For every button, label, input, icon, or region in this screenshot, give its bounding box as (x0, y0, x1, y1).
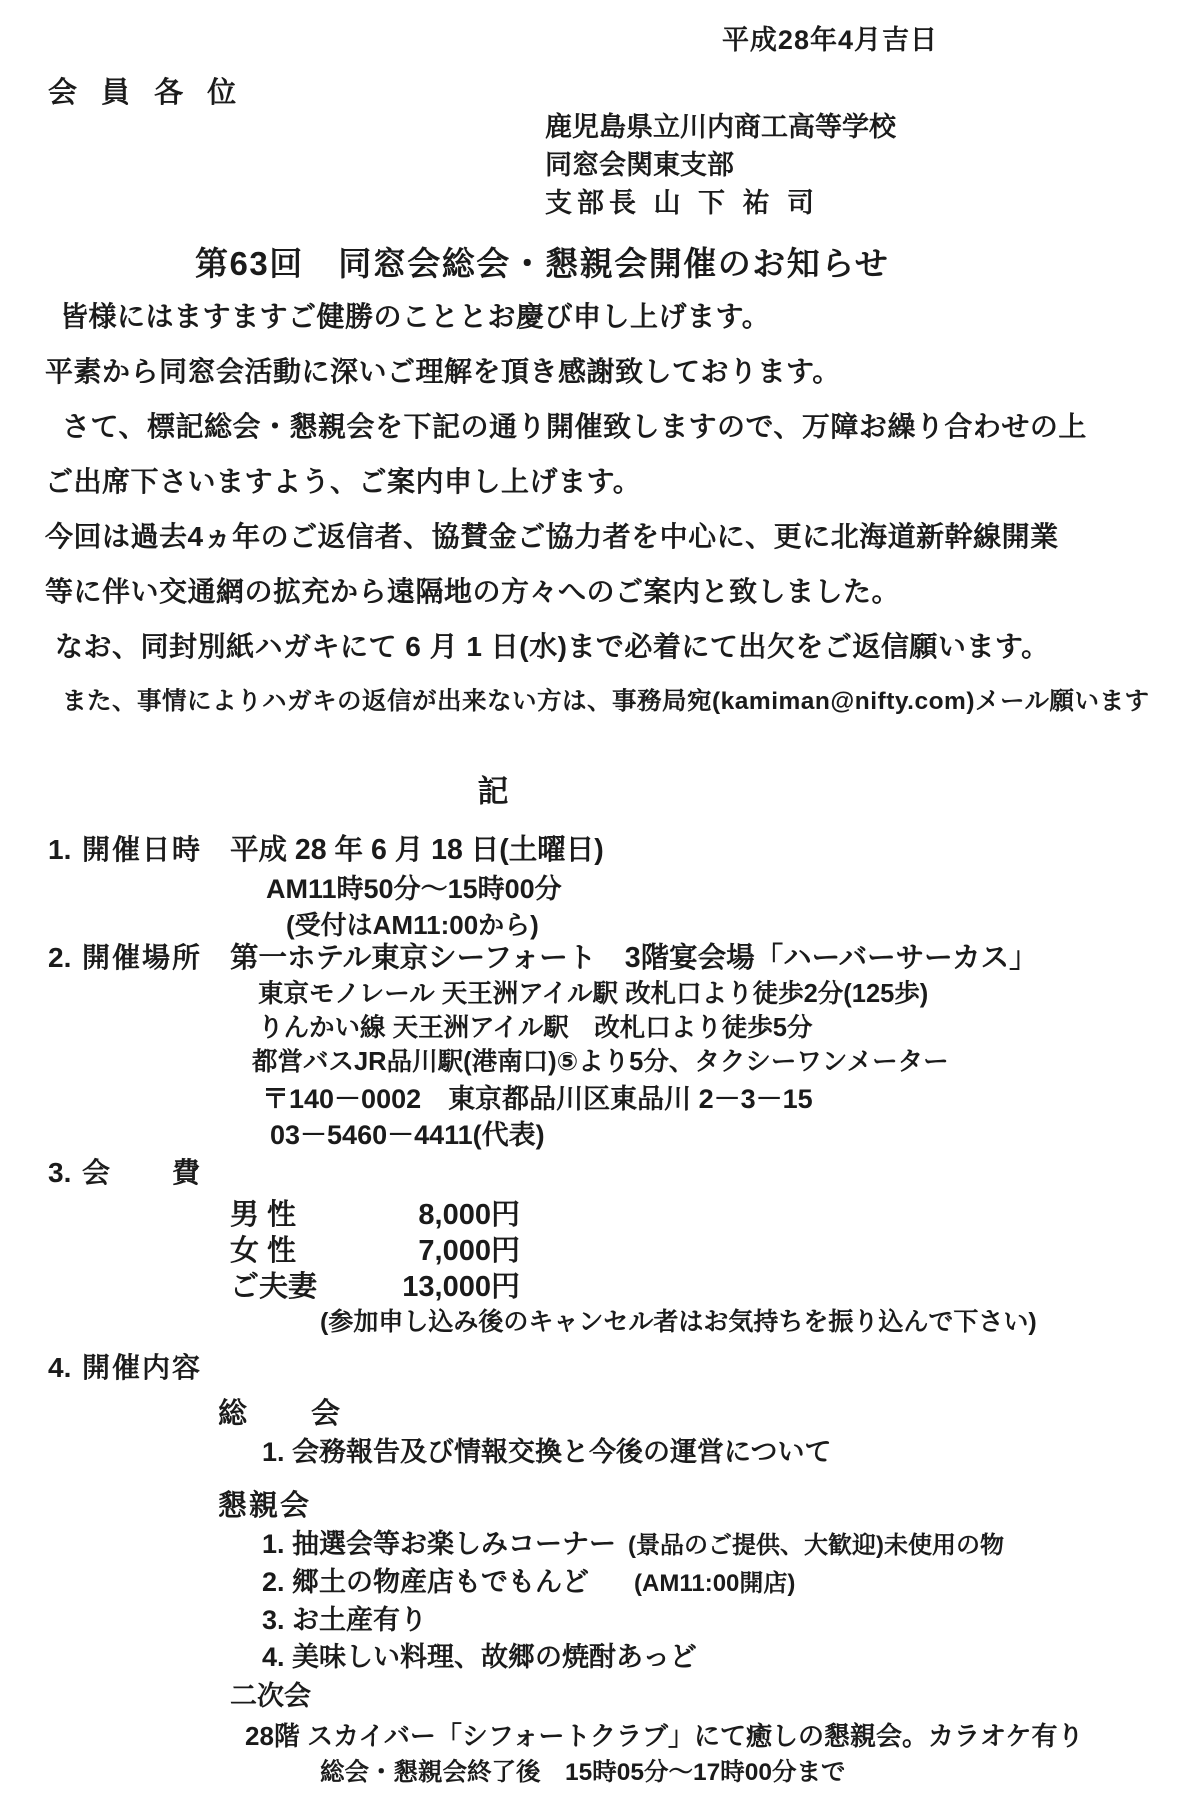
sender-school: 鹿児島県立川内商工高等学校 (545, 108, 896, 146)
schedule-number: 1. (48, 833, 82, 866)
general-meeting-title: 総 会 (218, 1398, 1004, 1431)
sender-branch: 同窓会関東支部 (545, 146, 896, 184)
schedule-label: 開催日時 (82, 833, 230, 866)
greeting-line-5: 今回は過去4ヵ年のご返信者、協賛金ご協力者を中心に、更に北海道新幹線開業 (45, 520, 1195, 553)
greeting-body: 皆様にはますますご健勝のこととお慶び申し上げます。 平素から同窓会活動に深いご理… (45, 300, 1195, 740)
fee-row-label: 女 性 (230, 1235, 342, 1268)
sender-chief: 支部長 山 下 祐 司 (545, 184, 896, 222)
party-item-food: 4. 美味しい料理、故郷の焼酎あっど (262, 1642, 1004, 1673)
party-item-text: 2. 郷土の物産店もでもんど (262, 1567, 589, 1597)
party-item-note: (AM11:00開店) (634, 1570, 795, 1597)
venue-name: 第一ホテル東京シーフォート 3階宴会場「ハーバーサーカス」 (230, 942, 1038, 974)
party-item-souvenir: 3. お土産有り (262, 1605, 1004, 1636)
party-item-note: (景品のご提供、大歓迎)未使用の物 (628, 1532, 1004, 1559)
issue-date: 平成28年4月吉日 (722, 18, 938, 57)
section-after-party: 二次会 28階 スカイバー「シフォートクラブ」にて癒しの懇親会。カラオケ有り 総… (48, 1681, 1084, 1787)
section-fee: 3.会 費 男 性8,000円 女 性7,000円 ご夫妻13,000円 (参加… (48, 1156, 1037, 1337)
fee-row-label: ご夫妻 (230, 1271, 342, 1304)
after-party-title: 二次会 (230, 1681, 1084, 1712)
general-meeting-item: 1. 会務報告及び情報交換と今後の運営について (262, 1437, 1004, 1468)
party-title: 懇親会 (218, 1490, 1004, 1523)
venue-access-bus: 都営バスJR品川駅(港南口)⑤より5分、タクシーワンメーター (252, 1048, 1038, 1077)
fee-heading: 3.会 費 (48, 1156, 1037, 1189)
contents-label: 開催内容 (82, 1351, 230, 1384)
fee-row-price: 8,000円 (342, 1199, 520, 1232)
fee-label-heading: 会 費 (82, 1156, 230, 1189)
fee-number: 3. (48, 1156, 82, 1189)
general-meeting-item-text: 1. 会務報告及び情報交換と今後の運営について (262, 1437, 831, 1467)
party-item-shop: 2. 郷土の物産店もでもんど(AM11:00開店) (262, 1567, 1004, 1599)
after-party-venue: 28階 スカイバー「シフォートクラブ」にて癒しの懇親会。カラオケ有り (245, 1721, 1084, 1751)
notice-title: 第63回 同窓会総会・懇親会開催のお知らせ (195, 238, 889, 285)
fee-row-couple: ご夫妻13,000円 (230, 1271, 1037, 1304)
greeting-line-2: 平素から同窓会活動に深いご理解を頂き感謝致しております。 (45, 355, 1195, 388)
greeting-line-8: また、事情によりハガキの返信が出来ない方は、事務局宛(kamiman@nifty… (45, 685, 1195, 718)
party-item-lottery: 1. 抽選会等お楽しみコーナー(景品のご提供、大歓迎)未使用の物 (262, 1529, 1004, 1561)
greeting-line-4: ご出席下さいますよう、ご案内申し上げます。 (45, 465, 1195, 498)
party-item-text: 1. 抽選会等お楽しみコーナー (262, 1529, 616, 1559)
venue-number: 2. (48, 941, 82, 974)
fee-row-price: 7,000円 (342, 1235, 520, 1268)
after-party-time: 総会・懇親会終了後 15時05分～17時00分まで (320, 1758, 1084, 1787)
sender-block: 鹿児島県立川内商工高等学校 同窓会関東支部 支部長 山 下 祐 司 (545, 108, 896, 222)
venue-access-rinkai: りんかい線 天王洲アイル駅 改札口より徒歩5分 (258, 1014, 1038, 1043)
schedule-date: 平成 28 年 6 月 18 日(土曜日) (230, 834, 604, 866)
record-marker: 記 (0, 766, 990, 811)
fee-row-male: 男 性8,000円 (230, 1199, 1037, 1232)
contents-heading: 4.開催内容 (48, 1351, 1004, 1384)
greeting-line-3: さて、標記総会・懇親会を下記の通り開催致しますので、万障お繰り合わせの上 (45, 410, 1195, 443)
schedule-heading: 1.開催日時平成 28 年 6 月 18 日(土曜日) (48, 833, 604, 867)
venue-heading: 2.開催場所第一ホテル東京シーフォート 3階宴会場「ハーバーサーカス」 (48, 941, 1038, 975)
fee-row-price: 13,000円 (342, 1271, 520, 1304)
greeting-line-6: 等に伴い交通網の拡充から遠隔地の方々へのご案内と致しました。 (45, 575, 1195, 608)
salutation: 会 員 各 位 (48, 70, 244, 111)
greeting-line-7: なお、同封別紙ハガキにて 6 月 1 日(水)まで必着にて出欠をご返信願います。 (45, 630, 1195, 663)
section-venue: 2.開催場所第一ホテル東京シーフォート 3階宴会場「ハーバーサーカス」 東京モノ… (48, 941, 1038, 1151)
venue-label: 開催場所 (82, 941, 230, 974)
document-page: 平成28年4月吉日 会 員 各 位 鹿児島県立川内商工高等学校 同窓会関東支部 … (0, 0, 1200, 1815)
contents-number: 4. (48, 1351, 82, 1384)
party-item-text: 3. お土産有り (262, 1605, 427, 1635)
venue-phone: 03－5460－4411(代表) (270, 1120, 1038, 1151)
schedule-time: AM11時50分～15時00分 (266, 874, 604, 905)
party-item-text: 4. 美味しい料理、故郷の焼酎あっど (262, 1642, 697, 1672)
section-contents: 4.開催内容 総 会 1. 会務報告及び情報交換と今後の運営について 懇親会 1… (48, 1351, 1004, 1673)
schedule-reception: (受付はAM11:00から) (286, 910, 604, 940)
section-schedule: 1.開催日時平成 28 年 6 月 18 日(土曜日) AM11時50分～15時… (48, 833, 604, 940)
greeting-line-1: 皆様にはますますご健勝のこととお慶び申し上げます。 (45, 300, 1195, 333)
fee-row-female: 女 性7,000円 (230, 1235, 1037, 1268)
venue-address: 〒140－0002 東京都品川区東品川 2－3－15 (262, 1084, 1038, 1115)
fee-cancellation-note: (参加申し込み後のキャンセル者はお気持ちを振り込んで下さい) (320, 1307, 1037, 1337)
fee-table: 男 性8,000円 女 性7,000円 ご夫妻13,000円 (230, 1199, 1037, 1304)
venue-access-monorail: 東京モノレール 天王洲アイル駅 改札口より徒歩2分(125歩) (258, 980, 1038, 1009)
fee-row-label: 男 性 (230, 1199, 342, 1232)
